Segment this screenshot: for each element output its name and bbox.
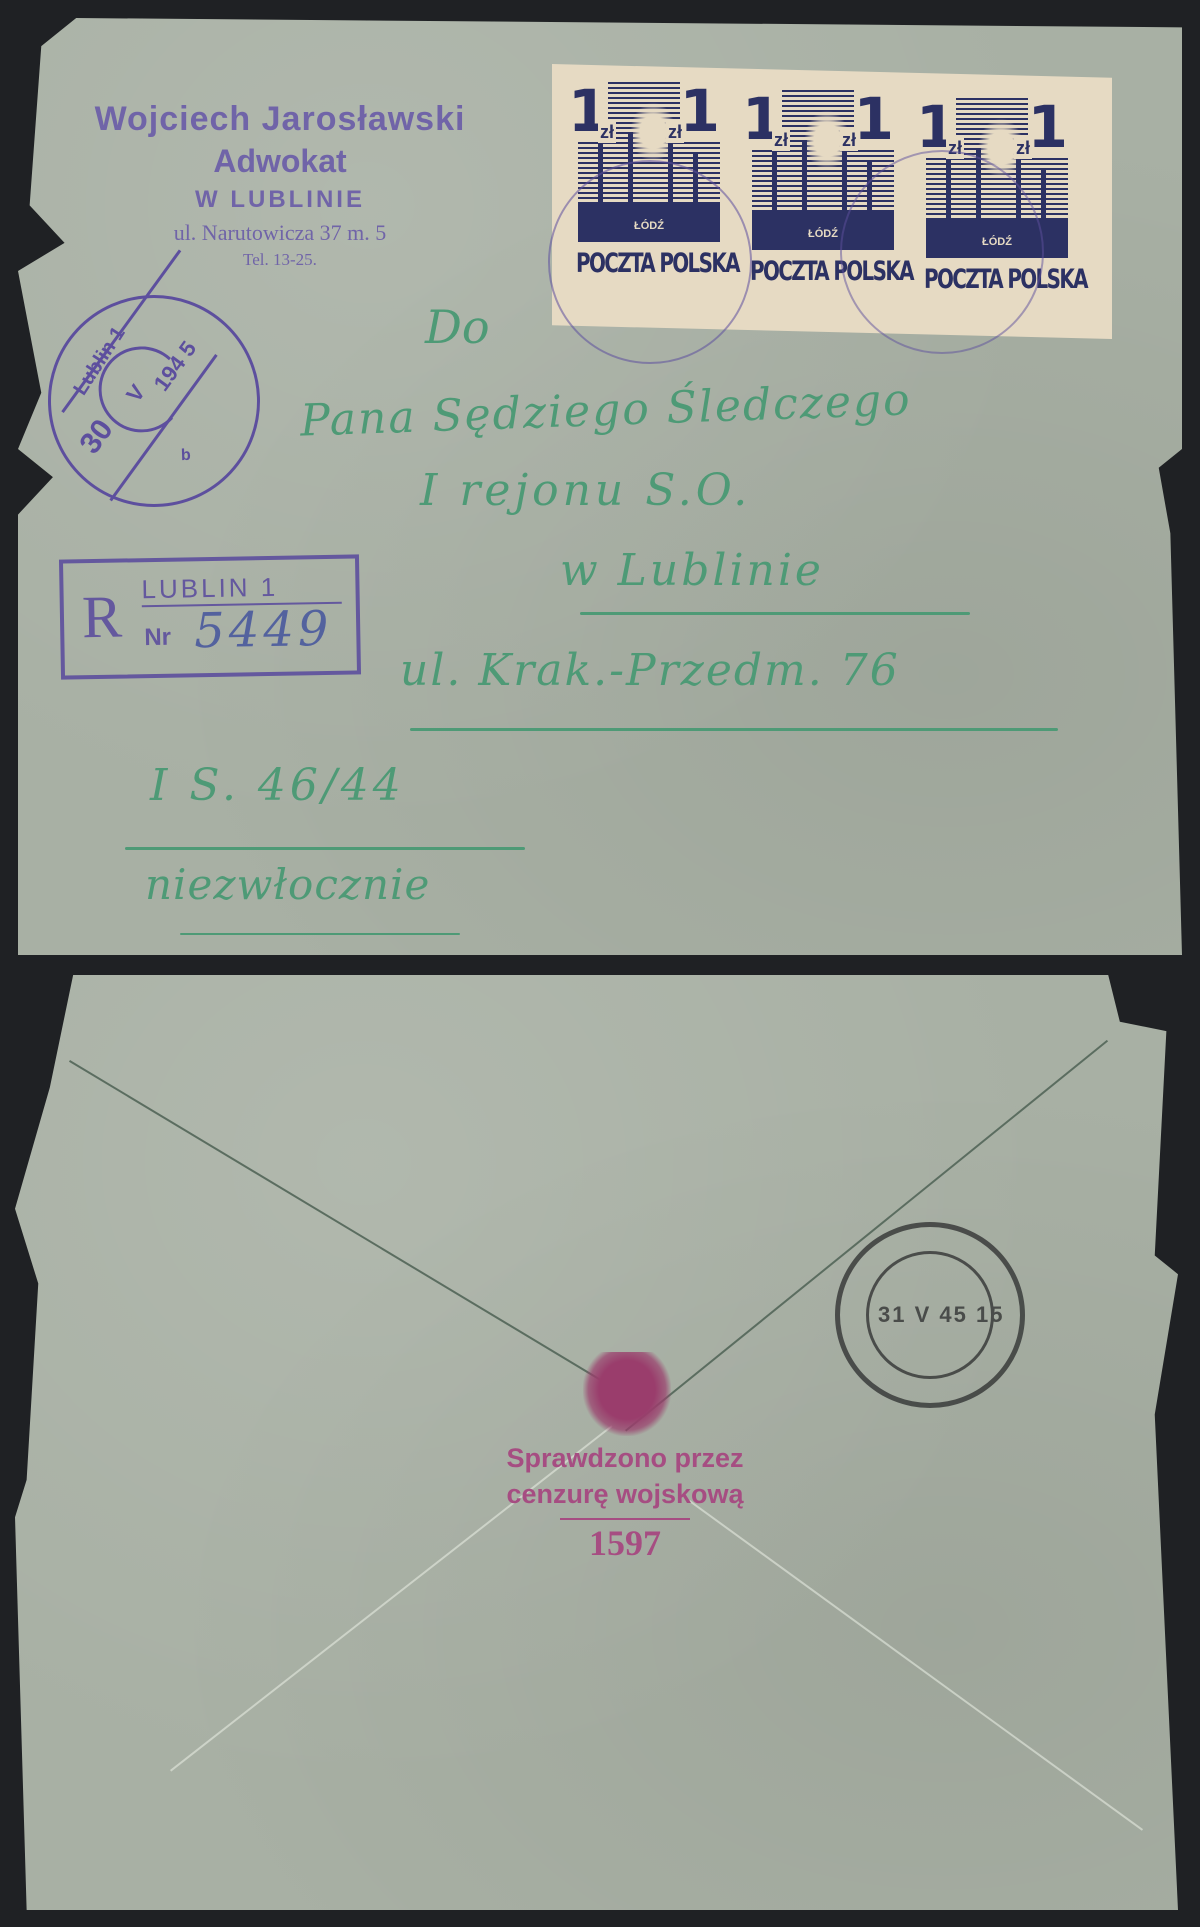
registration-nr-label: Nr	[144, 624, 171, 652]
sender-phone: Tel. 13-25.	[60, 250, 500, 270]
address-line-street: ul. Krak.-Przedm. 76	[400, 645, 900, 696]
postmark-letter: b	[181, 447, 191, 465]
censor-line-2: cenzurę wojskową	[470, 1476, 780, 1512]
arrival-postmark-date: 31 V 45 15	[878, 1302, 1004, 1328]
censor-number: 1597	[470, 1522, 780, 1564]
arrow-underline	[125, 847, 525, 850]
address-line-to: Do	[425, 300, 490, 354]
underline	[580, 612, 970, 615]
stamp-value: 1	[1028, 98, 1068, 156]
stamp-currency: zł	[598, 122, 616, 143]
stamp-currency: zł	[1014, 138, 1032, 159]
registration-letter: R	[81, 583, 122, 653]
arrival-postmark: 31 V 45 15	[835, 1222, 1025, 1408]
sender-city: W LUBLINIE	[60, 186, 500, 214]
stamp-currency: zł	[840, 130, 858, 151]
sender-title: Adwokat	[60, 143, 500, 180]
stamp-value: 1	[680, 82, 720, 140]
stamp-value: 1	[854, 90, 894, 148]
registration-number: 5449	[194, 601, 333, 659]
underline	[180, 933, 460, 935]
address-line-city: w Lublinie	[560, 545, 824, 596]
eagle-emblem-icon	[583, 1352, 671, 1436]
sender-address: ul. Narutowicza 37 m. 5	[60, 220, 500, 246]
stamp-cancellation-postmark	[840, 150, 1044, 354]
stamp-cancellation-postmark	[548, 160, 752, 364]
address-line-district: I rejonu S.O.	[420, 465, 751, 516]
stamp-currency: zł	[772, 130, 790, 151]
censor-line-1: Sprawdzono przez	[470, 1440, 780, 1476]
censor-stamp: Sprawdzono przez cenzurę wojskową 1597	[470, 1440, 780, 1564]
registration-label: R LUBLIN 1 Nr 5449	[59, 554, 361, 679]
sender-stamp: Wojciech Jarosławski Adwokat W LUBLINIE …	[60, 100, 500, 270]
case-reference: I S. 46/44	[150, 760, 405, 811]
urgent-note: niezwłocznie	[145, 860, 430, 909]
underline	[410, 728, 1058, 731]
stamp-currency: zł	[666, 122, 684, 143]
sender-name: Wojciech Jarosławski	[60, 100, 500, 139]
censor-rule	[560, 1518, 690, 1520]
